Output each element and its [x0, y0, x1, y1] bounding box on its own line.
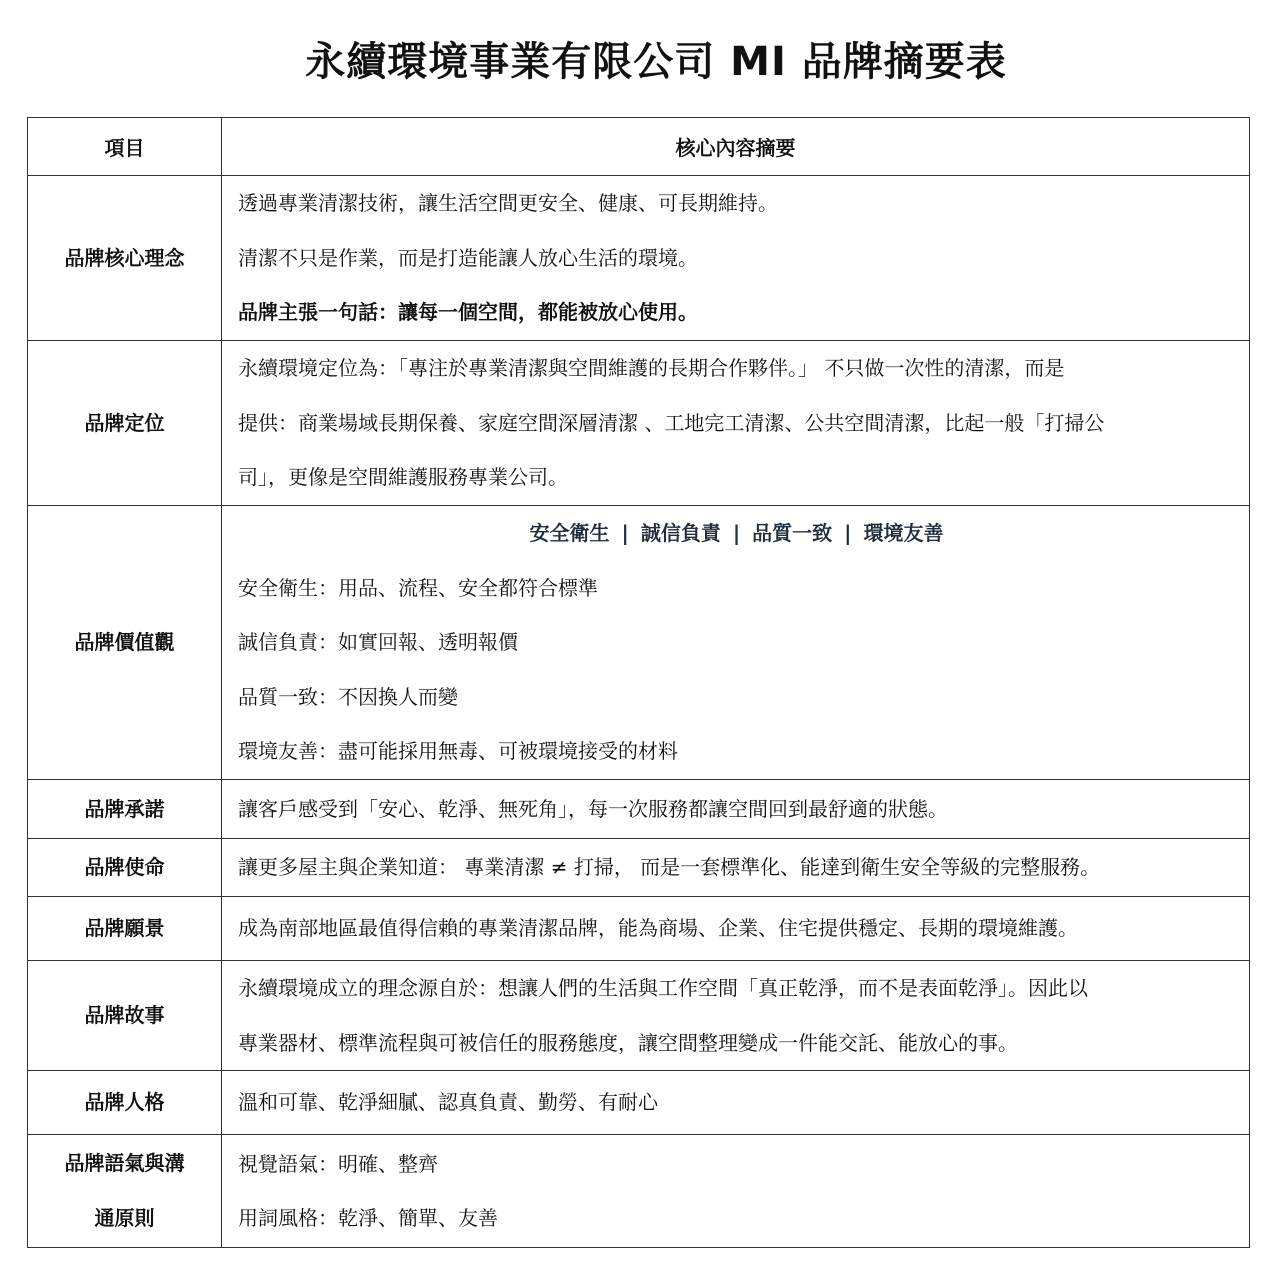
table-row: 品牌定位 永續環境定位為：「專注於專業清潔與空間維護的長期合作夥伴。」 不只做一…	[28, 341, 1250, 506]
table-row: 品牌承諾 讓客戶感受到「安心、乾淨、無死角」，每一次服務都讓空間回到最舒適的狀態…	[28, 780, 1250, 839]
row-label-core-concept: 品牌核心理念	[28, 176, 222, 341]
row-label-vision: 品牌願景	[28, 897, 222, 961]
content-line: 提供：商業場域長期保養、家庭空間深層清潔 、工地完工清潔、公共空間清潔，比起一般…	[238, 396, 1235, 451]
content-line: 讓客戶感受到「安心、乾淨、無死角」，每一次服務都讓空間回到最舒適的狀態。	[238, 782, 1235, 837]
values-header: 安全衛生|誠信負責|品質一致|環境友善	[238, 506, 1235, 561]
row-label-tone: 品牌語氣與溝 通原則	[28, 1135, 222, 1248]
value-tag: 安全衛生	[530, 521, 610, 545]
content-line: 品質一致：不因換人而變	[238, 670, 1235, 725]
content-line: 專業器材、標準流程與可被信任的服務態度，讓空間整理變成一件能交託、能放心的事。	[238, 1016, 1235, 1071]
content-line: 永續環境定位為：「專注於專業清潔與空間維護的長期合作夥伴。」 不只做一次性的清潔…	[238, 341, 1235, 396]
row-content-core-concept: 透過專業清潔技術，讓生活空間更安全、健康、可長期維持。 清潔不只是作業，而是打造…	[222, 176, 1250, 341]
content-line: 視覺語氣：明確、整齊	[238, 1137, 1235, 1192]
row-label-positioning: 品牌定位	[28, 341, 222, 506]
row-content-vision: 成為南部地區最值得信賴的專業清潔品牌，能為商場、企業、住宅提供穩定、長期的環境維…	[222, 897, 1250, 961]
row-content-mission: 讓更多屋主與企業知道： 專業清潔 ≠ 打掃， 而是一套標準化、能達到衛生安全等級…	[222, 839, 1250, 897]
table-row: 品牌故事 永續環境成立的理念源自於：想讓人們的生活與工作空間「真正乾淨，而不是表…	[28, 961, 1250, 1071]
content-line: 溫和可靠、乾淨細膩、認真負責、勤勞、有耐心	[238, 1075, 1235, 1130]
row-content-story: 永續環境成立的理念源自於：想讓人們的生活與工作空間「真正乾淨，而不是表面乾淨」。…	[222, 961, 1250, 1071]
row-content-promise: 讓客戶感受到「安心、乾淨、無死角」，每一次服務都讓空間回到最舒適的狀態。	[222, 780, 1250, 839]
table-row: 品牌核心理念 透過專業清潔技術，讓生活空間更安全、健康、可長期維持。 清潔不只是…	[28, 176, 1250, 341]
row-label-personality: 品牌人格	[28, 1071, 222, 1135]
header-content: 核心內容摘要	[222, 118, 1250, 176]
value-tag: 環境友善	[863, 521, 943, 545]
content-line: 環境友善：盡可能採用無毒、可被環境接受的材料	[238, 724, 1235, 779]
row-label-promise: 品牌承諾	[28, 780, 222, 839]
content-line: 清潔不只是作業，而是打造能讓人放心生活的環境。	[238, 231, 1235, 286]
content-line: 誠信負責：如實回報、透明報價	[238, 615, 1235, 670]
document-title: 永續環境事業有限公司 MI 品牌摘要表	[0, 30, 1278, 87]
content-line: 永續環境成立的理念源自於：想讓人們的生活與工作空間「真正乾淨，而不是表面乾淨」。…	[238, 961, 1235, 1016]
row-content-positioning: 永續環境定位為：「專注於專業清潔與空間維護的長期合作夥伴。」 不只做一次性的清潔…	[222, 341, 1250, 506]
row-label-story: 品牌故事	[28, 961, 222, 1071]
row-content-tone: 視覺語氣：明確、整齊 用詞風格：乾淨、簡單、友善	[222, 1135, 1250, 1248]
table-row: 品牌價值觀 安全衛生|誠信負責|品質一致|環境友善 安全衛生：用品、流程、安全都…	[28, 506, 1250, 780]
table-header-row: 項目 核心內容摘要	[28, 118, 1250, 176]
table-row: 品牌語氣與溝 通原則 視覺語氣：明確、整齊 用詞風格：乾淨、簡單、友善	[28, 1135, 1250, 1248]
content-line: 司」，更像是空間維護服務專業公司。	[238, 450, 1235, 505]
table-row: 品牌願景 成為南部地區最值得信賴的專業清潔品牌，能為商場、企業、住宅提供穩定、長…	[28, 897, 1250, 961]
content-line: 成為南部地區最值得信賴的專業清潔品牌，能為商場、企業、住宅提供穩定、長期的環境維…	[238, 901, 1235, 956]
separator: |	[622, 506, 629, 561]
separator: |	[844, 506, 851, 561]
header-item: 項目	[28, 118, 222, 176]
table-row: 品牌使命 讓更多屋主與企業知道： 專業清潔 ≠ 打掃， 而是一套標準化、能達到衛…	[28, 839, 1250, 897]
table-row: 品牌人格 溫和可靠、乾淨細膩、認真負責、勤勞、有耐心	[28, 1071, 1250, 1135]
content-line: 用詞風格：乾淨、簡單、友善	[238, 1191, 1235, 1246]
value-tag: 品質一致	[752, 521, 832, 545]
content-line: 透過專業清潔技術，讓生活空間更安全、健康、可長期維持。	[238, 176, 1235, 231]
brand-slogan-line: 品牌主張一句話：讓每一個空間，都能被放心使用。	[238, 285, 1235, 340]
content-line: 安全衛生：用品、流程、安全都符合標準	[238, 561, 1235, 616]
value-tag: 誠信負責	[641, 521, 721, 545]
row-content-values: 安全衛生|誠信負責|品質一致|環境友善 安全衛生：用品、流程、安全都符合標準 誠…	[222, 506, 1250, 780]
brand-summary-table: 項目 核心內容摘要 品牌核心理念 透過專業清潔技術，讓生活空間更安全、健康、可長…	[27, 117, 1250, 1248]
label-line: 通原則	[29, 1191, 220, 1246]
row-label-values: 品牌價值觀	[28, 506, 222, 780]
row-content-personality: 溫和可靠、乾淨細膩、認真負責、勤勞、有耐心	[222, 1071, 1250, 1135]
separator: |	[733, 506, 740, 561]
label-line: 品牌語氣與溝	[29, 1136, 220, 1191]
row-label-mission: 品牌使命	[28, 839, 222, 897]
content-line: 讓更多屋主與企業知道： 專業清潔 ≠ 打掃， 而是一套標準化、能達到衛生安全等級…	[238, 840, 1235, 895]
